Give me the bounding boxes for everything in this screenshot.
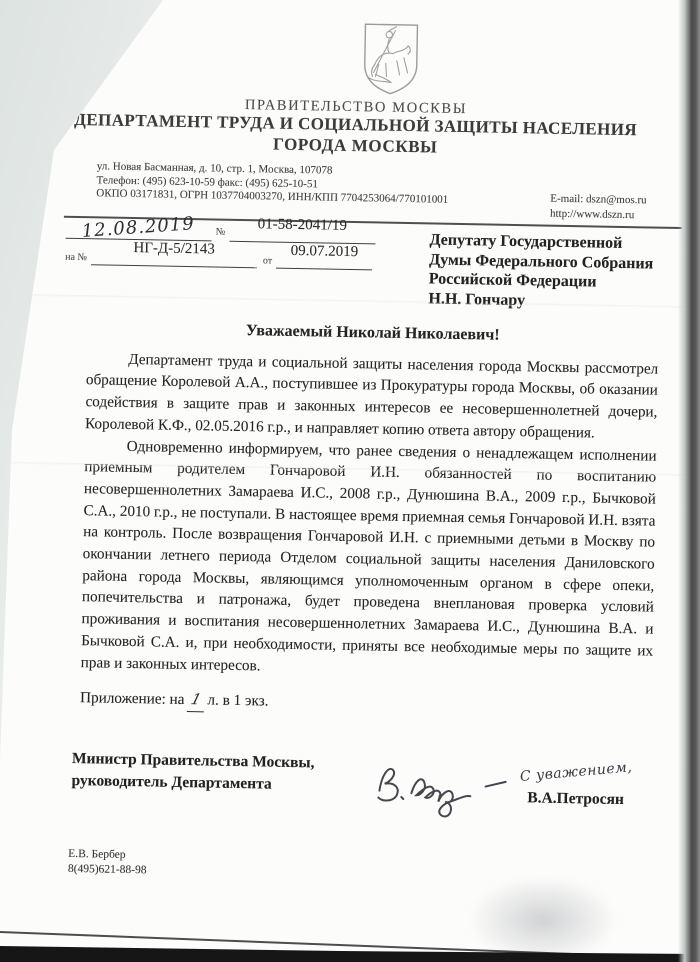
- letterhead-website: http://www.dszn.ru: [550, 206, 647, 222]
- attachment-pages-field: 1: [187, 689, 204, 712]
- body-paragraph-1: Департамент труда и социальной защиты на…: [85, 348, 658, 445]
- incoming-number-field: НГ-Д-5/2143: [91, 244, 257, 268]
- number-sign: №: [211, 226, 229, 241]
- handwritten-signature-icon: [365, 744, 526, 825]
- executor-name: Е.В. Бербер: [68, 847, 147, 863]
- addressee-block: Депутату Государственной Думы Федерально…: [428, 230, 654, 312]
- signer-name: В.А.Петросян: [527, 789, 624, 809]
- incoming-number: НГ-Д-5/2143: [91, 239, 257, 259]
- signer-position: Министр Правительства Москвы, руководите…: [71, 748, 314, 796]
- addressee-line: Н.Н. Гончару: [428, 289, 652, 313]
- executor-block: Е.В. Бербер 8(495)621-88-98: [68, 847, 147, 877]
- attachment-suffix: л. в 1 экз.: [207, 692, 268, 710]
- letter-content: ПРАВИТЕЛЬСТВО МОСКВЫ ДЕПАРТАМЕНТ ТРУДА И…: [0, 0, 700, 962]
- salutation: Уважаемый Николай Николаевич!: [87, 317, 659, 349]
- letterhead-web: E-mail: dszn@mos.ru http://www.dszn.ru: [550, 192, 647, 223]
- letterhead-contacts: ул. Новая Басманная, д. 10, стр. 1, Моск…: [96, 160, 449, 207]
- outgoing-number: 01-58-2041/19: [229, 216, 375, 236]
- scanned-letter-page: ПРАВИТЕЛЬСТВО МОСКВЫ ДЕПАРТАМЕНТ ТРУДА И…: [0, 0, 700, 962]
- signer-position-line2: руководитель Департамента: [71, 770, 314, 796]
- attachment-prefix: Приложение: на: [80, 689, 185, 708]
- attachment-line: Приложение: на1л. в 1 экз.: [80, 687, 652, 720]
- reference-block: 12.08.2019 № 01-58-2041/19 на № НГ-Д-5/2…: [65, 218, 378, 271]
- letter-body: Уважаемый Николай Николаевич! Департамен…: [80, 317, 659, 720]
- executor-phone: 8(495)621-88-98: [68, 861, 147, 877]
- moscow-coat-of-arms-icon: [358, 20, 423, 97]
- incoming-date-field: 09.07.2019: [276, 248, 372, 271]
- scan-edge-right: [678, 0, 700, 962]
- incoming-date: 09.07.2019: [276, 243, 372, 262]
- incoming-date-label: от: [257, 255, 276, 268]
- outgoing-date-field: 12.08.2019: [66, 218, 212, 242]
- outgoing-number-field: 01-58-2041/19: [229, 221, 375, 245]
- letterhead-email: E-mail: dszn@mos.ru: [550, 192, 647, 208]
- attachment-pages-handwritten: 1: [188, 689, 203, 711]
- reference-row-incoming: на № НГ-Д-5/2143 от 09.07.2019: [65, 244, 377, 271]
- outgoing-date-handwritten: 12.08.2019: [81, 213, 195, 242]
- incoming-number-label: на №: [65, 252, 91, 265]
- handwritten-closing: С уважением,: [519, 759, 633, 785]
